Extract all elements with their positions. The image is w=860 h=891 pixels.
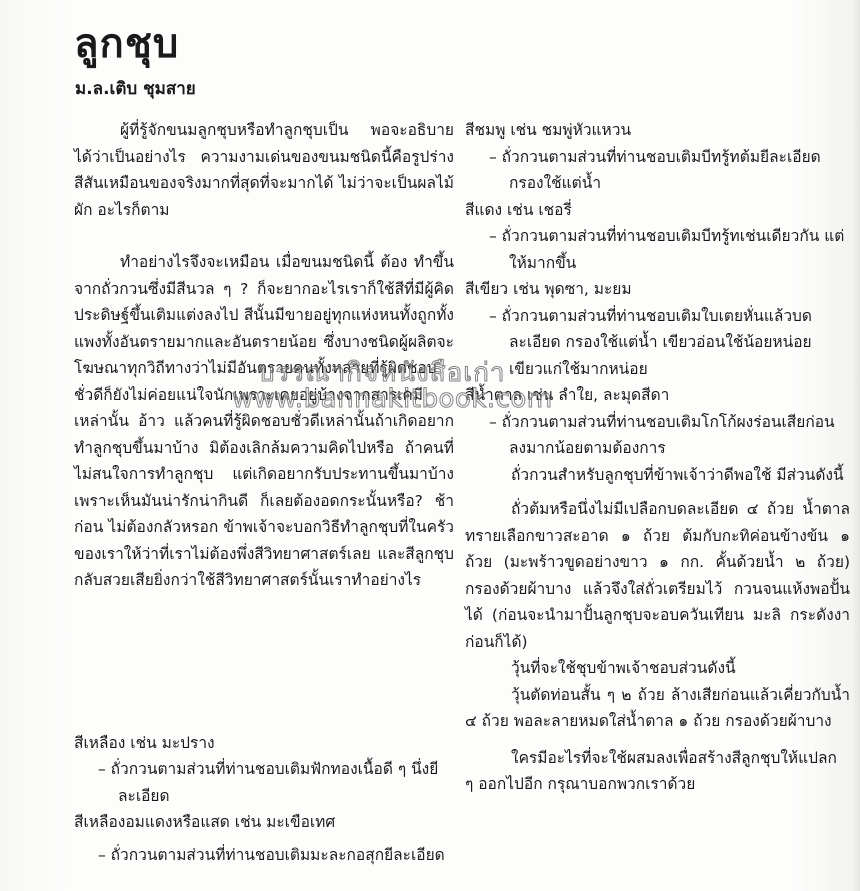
page-edge-shadow — [852, 0, 860, 891]
color-heading: สีชมพู เช่น ชมพู่หัวแหวน — [465, 117, 850, 144]
color-block-orange: สีเหลืองอมแดงหรือแสด เช่น มะเขือเทศ – ถั… — [74, 809, 454, 868]
color-block-pink: สีชมพู เช่น ชมพู่หัวแหวน – ถั่วกวนตามส่ว… — [465, 117, 850, 197]
color-instruction: – ถั่วกวนตามส่วนที่ท่านชอบเติมมะละกอสุกย… — [74, 842, 454, 869]
color-instruction: – ถั่วกวนตามส่วนที่ท่านชอบเติมฟักทองเนื้… — [74, 756, 454, 809]
color-heading: สีน้ำตาล เช่น ลำใย, ละมุดสีดา — [465, 382, 850, 409]
article-title: ลูกชุบ — [74, 14, 179, 74]
color-block-red: สีแดง เช่น เชอรี่ – ถั่วกวนตามส่วนที่ท่า… — [465, 197, 850, 277]
color-instruction: – ถั่วกวนตามส่วนที่ท่านชอบเติมใบเตยหั่นแ… — [465, 303, 850, 383]
color-block-green: สีเขียว เช่น พุดซา, มะยม – ถั่วกวนตามส่ว… — [465, 276, 850, 382]
jelly-intro: วุ้นที่จะใช้ชุบข้าพเจ้าชอบส่วนดังนี้ — [465, 655, 850, 682]
jelly-recipe: วุ้นตัดท่อนสั้น ๆ ๒ ถ้วย ล้างเสียก่อนแล้… — [465, 682, 850, 735]
color-heading: สีเขียว เช่น พุดซา, มะยม — [465, 276, 850, 303]
article-author: ม.ล.เติบ ชุมสาย — [75, 74, 196, 104]
body-paragraph: ทำอย่างไรจึงจะเหมือน เมื่อขนมชนิดนี้ ต้อ… — [74, 249, 454, 594]
color-block-yellow: สีเหลือง เช่น มะปราง – ถั่วกวนตามส่วนที่… — [74, 730, 454, 810]
color-block-brown: สีน้ำตาล เช่น ลำใย, ละมุดสีดา – ถั่วกวนต… — [465, 382, 850, 462]
filling-intro: ถั่วกวนสำหรับลูกชุบที่ข้าพเจ้าว่าดีพอใช้… — [465, 462, 850, 489]
scanned-page: ลูกชุบ ม.ล.เติบ ชุมสาย ผู้ที่รู้จักขนมลู… — [0, 0, 860, 891]
intro-paragraph: ผู้ที่รู้จักขนมลูกชุบหรือทำลูกชุบเป็น พอ… — [74, 117, 454, 223]
color-heading: สีเหลืองอมแดงหรือแสด เช่น มะเขือเทศ — [74, 809, 454, 836]
filling-recipe: ถั่วต้มหรือนึ่งไม่มีเปลือกบดละเอียด ๔ ถ้… — [465, 496, 850, 655]
color-instruction: – ถั่วกวนตามส่วนที่ท่านชอบเติมบีทรู้ทเช่… — [465, 223, 850, 276]
right-column: สีชมพู เช่น ชมพู่หัวแหวน – ถั่วกวนตามส่ว… — [465, 117, 850, 798]
color-instruction: – ถั่วกวนตามส่วนที่ท่านชอบเติมโกโก้ผงร่อ… — [465, 409, 850, 462]
color-heading: สีเหลือง เช่น มะปราง — [74, 730, 454, 757]
left-column: ผู้ที่รู้จักขนมลูกชุบหรือทำลูกชุบเป็น พอ… — [74, 117, 454, 868]
color-heading: สีแดง เช่น เชอรี่ — [465, 197, 850, 224]
color-instruction: – ถั่วกวนตามส่วนที่ท่านชอบเติมบีทรู้ทต้ม… — [465, 144, 850, 197]
closing-paragraph: ใครมีอะไรที่จะใช้ผสมลงเพื่อสร้างสีลูกชุบ… — [465, 745, 850, 798]
